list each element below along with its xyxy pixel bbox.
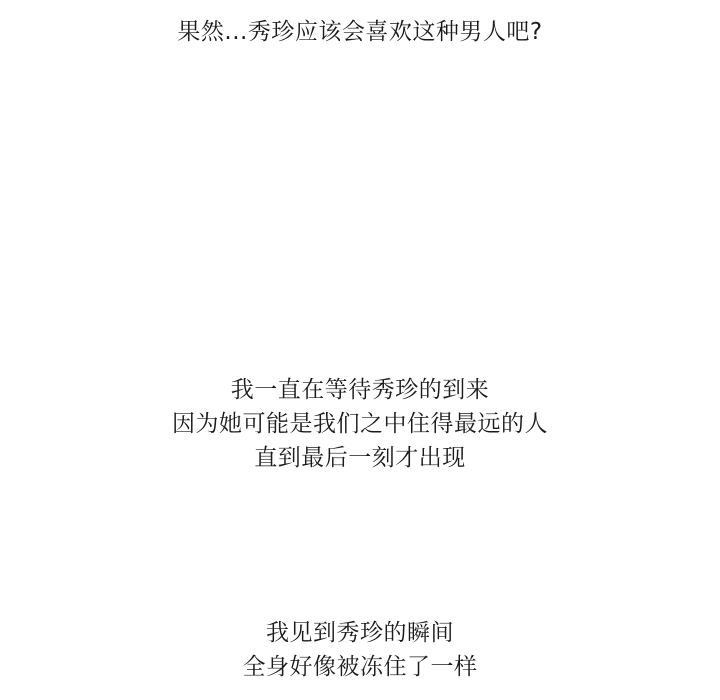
- caption-line: 我见到秀珍的瞬间: [0, 616, 720, 650]
- caption-top: 果然...秀珍应该会喜欢这种男人吧?: [0, 15, 720, 49]
- caption-line: 果然...秀珍应该会喜欢这种男人吧?: [0, 15, 720, 49]
- caption-middle: 我一直在等待秀珍的到来 因为她可能是我们之中住得最远的人 直到最后一刻才出现: [0, 373, 720, 475]
- caption-line: 全身好像被冻住了一样: [0, 650, 720, 684]
- caption-bottom: 我见到秀珍的瞬间 全身好像被冻住了一样: [0, 616, 720, 684]
- caption-line: 直到最后一刻才出现: [0, 441, 720, 475]
- caption-line: 我一直在等待秀珍的到来: [0, 373, 720, 407]
- caption-line: 因为她可能是我们之中住得最远的人: [0, 407, 720, 441]
